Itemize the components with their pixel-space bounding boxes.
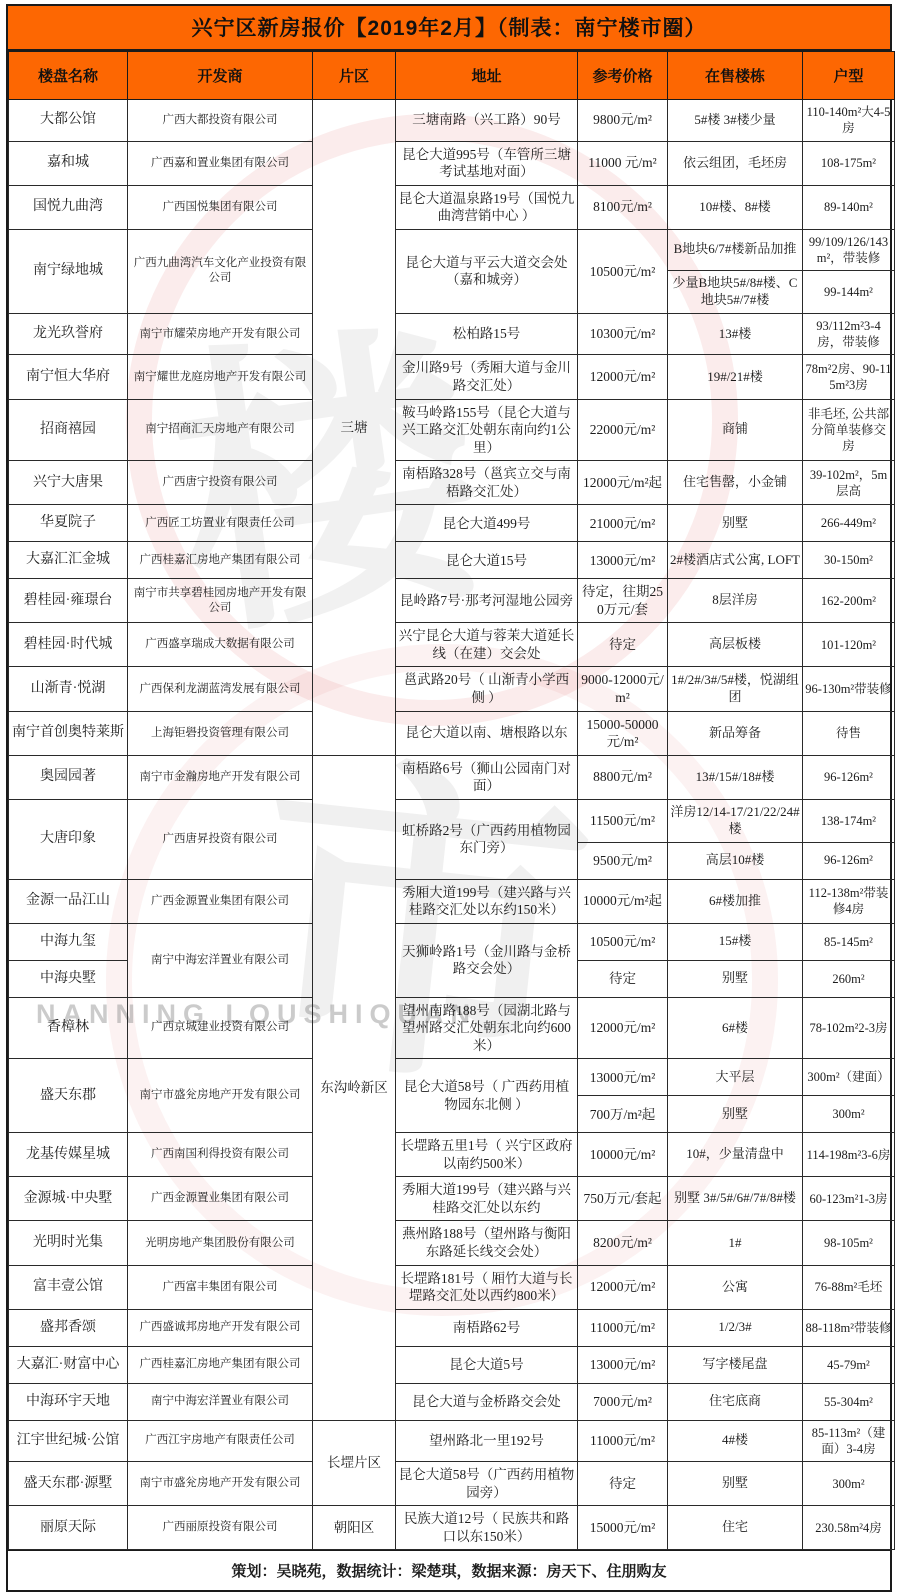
cell-price: 12000元/m² bbox=[578, 997, 668, 1059]
cell-price: 12000元/m²起 bbox=[578, 461, 668, 505]
cell-developer: 南宁市共享碧桂园房地产开发有限公司 bbox=[128, 579, 313, 623]
cell-price: 700万/m²起 bbox=[578, 1096, 668, 1133]
cell-buildings: 6#楼加推 bbox=[668, 879, 803, 923]
cell-address: 昆仑大道温泉路19号（国悦九曲湾营销中心 ） bbox=[396, 185, 578, 229]
cell-price: 13000元/m² bbox=[578, 1346, 668, 1383]
cell-name: 龙光玖誉府 bbox=[9, 313, 128, 355]
cell-price: 9000-12000元/m² bbox=[578, 667, 668, 711]
column-header-unit: 户型 bbox=[803, 52, 895, 100]
cell-buildings: 依云组团，毛坯房 bbox=[668, 141, 803, 185]
cell-price: 750万元/套起 bbox=[578, 1177, 668, 1221]
cell-name: 光明时光集 bbox=[9, 1221, 128, 1265]
cell-name: 龙基传媒星城 bbox=[9, 1133, 128, 1177]
cell-price: 10500元/m² bbox=[578, 923, 668, 960]
cell-developer: 广西唐宁投资有限公司 bbox=[128, 461, 313, 505]
cell-address: 南梧路6号（狮山公园南门对面） bbox=[396, 755, 578, 799]
cell-address: 燕州路188号（望州路与衡阳东路延长线交会处） bbox=[396, 1221, 578, 1265]
table-row: 中海环宇天地南宁中海宏洋置业有限公司昆仑大道与金桥路交会处7000元/m²住宅底… bbox=[9, 1383, 895, 1420]
cell-unit: 162-200m² bbox=[803, 579, 895, 623]
cell-price: 9500元/m² bbox=[578, 842, 668, 879]
cell-unit: 101-120m² bbox=[803, 623, 895, 667]
table-row: 碧桂园·时代城广西盛享瑞成大数据有限公司兴宁昆仑大道与蓉茉大道延长线（在建）交会… bbox=[9, 623, 895, 667]
cell-address: 望州南路188号（园湖北路与望州路交汇处朝东北向约600米） bbox=[396, 997, 578, 1059]
cell-buildings: 4#楼 bbox=[668, 1420, 803, 1462]
cell-developer: 广西江宇房地产有限责任公司 bbox=[128, 1420, 313, 1462]
cell-address: 昆仑大道499号 bbox=[396, 505, 578, 542]
cell-unit: 85-145m² bbox=[803, 923, 895, 960]
table-row: 盛天东郡·源墅南宁市盛兊房地产开发有限公司昆仑大道58号（广西药用植物园旁）待定… bbox=[9, 1462, 895, 1506]
cell-price: 13000元/m² bbox=[578, 1059, 668, 1096]
table-row: 丽原天际广西丽原投资有限公司朝阳区民族大道12号（ 民族共和路口以东150米）1… bbox=[9, 1506, 895, 1550]
cell-price: 11500元/m² bbox=[578, 799, 668, 842]
cell-name: 中海九玺 bbox=[9, 923, 128, 960]
cell-developer: 广西京城建业投资有限公司 bbox=[128, 997, 313, 1059]
cell-address: 鞍马岭路155号（昆仑大道与兴工路交汇处朝东南向约1公里） bbox=[396, 399, 578, 461]
cell-address: 昆仑大道995号（车管所三塘考试基地对面） bbox=[396, 141, 578, 185]
cell-price: 12000元/m² bbox=[578, 1265, 668, 1309]
table-row: 中海九玺南宁中海宏洋置业有限公司天狮岭路1号（金川路与金桥路交会处）10500元… bbox=[9, 923, 895, 960]
cell-price: 12000元/m² bbox=[578, 355, 668, 399]
cell-buildings: 8层洋房 bbox=[668, 579, 803, 623]
cell-price: 10500元/m² bbox=[578, 229, 668, 313]
cell-address: 南梧路328号（邕宾立交与南梧路交汇处） bbox=[396, 461, 578, 505]
cell-zone: 东沟岭新区 bbox=[313, 755, 396, 1420]
cell-developer: 广西匠工坊置业有限责任公司 bbox=[128, 505, 313, 542]
credits-footer: 策划：吴晓苑，数据统计：梁楚琪，数据来源：房天下、住朋购友 bbox=[8, 1550, 890, 1590]
cell-unit: 96-126m² bbox=[803, 842, 895, 879]
column-header-price: 参考价格 bbox=[578, 52, 668, 100]
cell-buildings: 少量B地块5#/8#楼、C地块5#/7#楼 bbox=[668, 271, 803, 314]
column-header-zone: 片区 bbox=[313, 52, 396, 100]
cell-unit: 89-140m² bbox=[803, 185, 895, 229]
cell-price: 13000元/m² bbox=[578, 542, 668, 579]
cell-address: 金川路9号（秀厢大道与金川路交汇处） bbox=[396, 355, 578, 399]
cell-name: 江宇世纪城·公馆 bbox=[9, 1420, 128, 1462]
cell-buildings: B地块6/7#楼新品加推 bbox=[668, 229, 803, 271]
cell-unit: 112-138m²带装修4房 bbox=[803, 879, 895, 923]
cell-unit: 85-113m²（建面）3-4房 bbox=[803, 1420, 895, 1462]
cell-buildings: 13#/15#/18#楼 bbox=[668, 755, 803, 799]
cell-developer: 广西丽原投资有限公司 bbox=[128, 1506, 313, 1550]
cell-name: 大都公馆 bbox=[9, 100, 128, 142]
cell-buildings: 写字楼尾盘 bbox=[668, 1346, 803, 1383]
cell-unit: 99-144m² bbox=[803, 271, 895, 314]
cell-unit: 76-88m²毛坯 bbox=[803, 1265, 895, 1309]
cell-address: 昆仑大道以南、塘根路以东 bbox=[396, 711, 578, 755]
cell-address: 秀厢大道199号（建兴路与兴桂路交汇处以东约 bbox=[396, 1177, 578, 1221]
cell-price: 待定 bbox=[578, 1462, 668, 1506]
cell-buildings: 新品筹备 bbox=[668, 711, 803, 755]
cell-buildings: 5#楼 3#楼少量 bbox=[668, 100, 803, 142]
cell-developer: 广西金源置业集团有限公司 bbox=[128, 879, 313, 923]
cell-unit: 300m² bbox=[803, 1462, 895, 1506]
cell-address: 昆仑大道与金桥路交会处 bbox=[396, 1383, 578, 1420]
cell-address: 天狮岭路1号（金川路与金桥路交会处） bbox=[396, 923, 578, 997]
cell-unit: 98-105m² bbox=[803, 1221, 895, 1265]
table-row: 江宇世纪城·公馆广西江宇房地产有限责任公司长堽片区望州路北一里192号11000… bbox=[9, 1420, 895, 1462]
page: 楼 市 NANNING LOUSHIQUAN 兴宁区新房报价【2019年2月】（… bbox=[6, 4, 892, 1592]
cell-developer: 广西嘉和置业集团有限公司 bbox=[128, 141, 313, 185]
cell-price: 11000元/m² bbox=[578, 1420, 668, 1462]
cell-developer: 南宁耀世龙庭房地产开发有限公司 bbox=[128, 355, 313, 399]
cell-unit: 78-102m²2-3房 bbox=[803, 997, 895, 1059]
cell-price: 11000元/m² bbox=[578, 1309, 668, 1346]
cell-name: 碧桂园·时代城 bbox=[9, 623, 128, 667]
cell-developer: 南宁招商汇天房地产有限公司 bbox=[128, 399, 313, 461]
cell-unit: 93/112m²3-4房，带装修 bbox=[803, 313, 895, 355]
cell-price: 10300元/m² bbox=[578, 313, 668, 355]
cell-zone: 朝阳区 bbox=[313, 1506, 396, 1550]
cell-buildings: 1#/2#/3#/5#楼，悦湖组团 bbox=[668, 667, 803, 711]
cell-name: 大唐印象 bbox=[9, 799, 128, 879]
cell-price: 15000-50000元/m² bbox=[578, 711, 668, 755]
cell-name: 嘉和城 bbox=[9, 141, 128, 185]
cell-unit: 39-102m²，5m层高 bbox=[803, 461, 895, 505]
cell-unit: 108-175m² bbox=[803, 141, 895, 185]
cell-unit: 非毛坯, 公共部分简单装修交房 bbox=[803, 399, 895, 461]
cell-buildings: 6#楼 bbox=[668, 997, 803, 1059]
cell-address: 长堽路181号（ 厢竹大道与长堽路交汇处以西约800米） bbox=[396, 1265, 578, 1309]
cell-name: 盛天东郡 bbox=[9, 1059, 128, 1133]
cell-unit: 138-174m² bbox=[803, 799, 895, 842]
cell-developer: 广西盛享瑞成大数据有限公司 bbox=[128, 623, 313, 667]
cell-address: 昆仑大道58号（ 广西药用植物园东北侧 ） bbox=[396, 1059, 578, 1133]
cell-developer: 广西富丰集团有限公司 bbox=[128, 1265, 313, 1309]
cell-buildings: 10#楼、8#楼 bbox=[668, 185, 803, 229]
cell-developer: 光明房地产集团股份有限公司 bbox=[128, 1221, 313, 1265]
cell-name: 华夏院子 bbox=[9, 505, 128, 542]
column-header-name: 楼盘名称 bbox=[9, 52, 128, 100]
cell-name: 国悦九曲湾 bbox=[9, 185, 128, 229]
table-row: 大嘉汇·财富中心广西桂嘉汇房地产集团有限公司昆仑大道5号13000元/m²写字楼… bbox=[9, 1346, 895, 1383]
cell-buildings: 高层10#楼 bbox=[668, 842, 803, 879]
cell-unit: 45-79m² bbox=[803, 1346, 895, 1383]
cell-buildings: 住宅 bbox=[668, 1506, 803, 1550]
cell-name: 金源一品江山 bbox=[9, 879, 128, 923]
price-table: 楼盘名称开发商片区地址参考价格在售楼栋户型 大都公馆广西大都投资有限公司三塘三塘… bbox=[8, 51, 895, 1550]
page-title: 兴宁区新房报价【2019年2月】（制表：南宁楼市圈） bbox=[8, 6, 890, 51]
cell-buildings: 洋房12/14-17/21/22/24#楼 bbox=[668, 799, 803, 842]
cell-price: 8200元/m² bbox=[578, 1221, 668, 1265]
cell-unit: 266-449m² bbox=[803, 505, 895, 542]
table-row: 富丰壹公馆广西富丰集团有限公司长堽路181号（ 厢竹大道与长堽路交汇处以西约80… bbox=[9, 1265, 895, 1309]
cell-buildings: 住宅售罄，小金铺 bbox=[668, 461, 803, 505]
cell-unit: 300m² bbox=[803, 1096, 895, 1133]
cell-address: 兴宁昆仑大道与蓉茉大道延长线（在建）交会处 bbox=[396, 623, 578, 667]
table-row: 光明时光集光明房地产集团股份有限公司燕州路188号（望州路与衡阳东路延长线交会处… bbox=[9, 1221, 895, 1265]
cell-developer: 南宁中海宏洋置业有限公司 bbox=[128, 923, 313, 997]
cell-buildings: 别墅 bbox=[668, 1462, 803, 1506]
cell-address: 民族大道12号（ 民族共和路口以东150米） bbox=[396, 1506, 578, 1550]
cell-address: 长堽路五里1号（ 兴宁区政府以南约500米） bbox=[396, 1133, 578, 1177]
cell-buildings: 19#/21#楼 bbox=[668, 355, 803, 399]
cell-address: 秀厢大道199号（建兴路与兴桂路交汇处以东约150米） bbox=[396, 879, 578, 923]
column-header-buildings: 在售楼栋 bbox=[668, 52, 803, 100]
table-row: 碧桂园·雍璟台南宁市共享碧桂园房地产开发有限公司昆岭路7号·那考河湿地公园旁待定… bbox=[9, 579, 895, 623]
table-row: 国悦九曲湾广西国悦集团有限公司昆仑大道温泉路19号（国悦九曲湾营销中心 ）810… bbox=[9, 185, 895, 229]
cell-buildings: 1# bbox=[668, 1221, 803, 1265]
cell-name: 大嘉汇·财富中心 bbox=[9, 1346, 128, 1383]
table-header-row: 楼盘名称开发商片区地址参考价格在售楼栋户型 bbox=[9, 52, 895, 100]
cell-name: 南宁绿地城 bbox=[9, 229, 128, 313]
column-header-developer: 开发商 bbox=[128, 52, 313, 100]
cell-unit: 30-150m² bbox=[803, 542, 895, 579]
cell-price: 8100元/m² bbox=[578, 185, 668, 229]
cell-buildings: 1/2/3# bbox=[668, 1309, 803, 1346]
cell-address: 邕武路20号（ 山渐青小学西侧 ） bbox=[396, 667, 578, 711]
cell-developer: 广西保利龙湖蓝湾发展有限公司 bbox=[128, 667, 313, 711]
cell-unit: 96-130m²带装修 bbox=[803, 667, 895, 711]
cell-unit: 96-126m² bbox=[803, 755, 895, 799]
cell-address: 虹桥路2号（广西药用植物园东门旁） bbox=[396, 799, 578, 879]
cell-developer: 广西南国利得投资有限公司 bbox=[128, 1133, 313, 1177]
table-row: 兴宁大唐果广西唐宁投资有限公司南梧路328号（邕宾立交与南梧路交汇处）12000… bbox=[9, 461, 895, 505]
cell-name: 丽原天际 bbox=[9, 1506, 128, 1550]
cell-buildings: 13#楼 bbox=[668, 313, 803, 355]
cell-address: 昆仑大道与平云大道交会处（嘉和城旁） bbox=[396, 229, 578, 313]
cell-price: 待定 bbox=[578, 960, 668, 997]
table-row: 龙基传媒星城广西南国利得投资有限公司长堽路五里1号（ 兴宁区政府以南约500米）… bbox=[9, 1133, 895, 1177]
cell-name: 大嘉汇汇金城 bbox=[9, 542, 128, 579]
cell-address: 昆仑大道5号 bbox=[396, 1346, 578, 1383]
cell-buildings: 大平层 bbox=[668, 1059, 803, 1096]
table-row: 香樟林广西京城建业投资有限公司望州南路188号（园湖北路与望州路交汇处朝东北向约… bbox=[9, 997, 895, 1059]
column-header-address: 地址 bbox=[396, 52, 578, 100]
cell-price: 待定，往期250万元/套 bbox=[578, 579, 668, 623]
cell-name: 奥园园著 bbox=[9, 755, 128, 799]
cell-name: 兴宁大唐果 bbox=[9, 461, 128, 505]
cell-developer: 南宁中海宏洋置业有限公司 bbox=[128, 1383, 313, 1420]
cell-buildings: 商铺 bbox=[668, 399, 803, 461]
cell-developer: 广西大都投资有限公司 bbox=[128, 100, 313, 142]
cell-unit: 110-140m²大4-5房 bbox=[803, 100, 895, 142]
cell-price: 11000 元/m² bbox=[578, 141, 668, 185]
cell-address: 松柏路15号 bbox=[396, 313, 578, 355]
cell-address: 昆岭路7号·那考河湿地公园旁 bbox=[396, 579, 578, 623]
cell-name: 富丰壹公馆 bbox=[9, 1265, 128, 1309]
table-row: 南宁恒大华府南宁耀世龙庭房地产开发有限公司金川路9号（秀厢大道与金川路交汇处）1… bbox=[9, 355, 895, 399]
cell-name: 中海央墅 bbox=[9, 960, 128, 997]
table-row: 大唐印象广西唐昇投资有限公司虹桥路2号（广西药用植物园东门旁）11500元/m²… bbox=[9, 799, 895, 842]
cell-name: 碧桂园·雍璟台 bbox=[9, 579, 128, 623]
cell-unit: 待售 bbox=[803, 711, 895, 755]
cell-price: 10000元/m²起 bbox=[578, 879, 668, 923]
cell-buildings: 公寓 bbox=[668, 1265, 803, 1309]
cell-buildings: 住宅底商 bbox=[668, 1383, 803, 1420]
cell-developer: 广西桂嘉汇房地产集团有限公司 bbox=[128, 1346, 313, 1383]
cell-buildings: 15#楼 bbox=[668, 923, 803, 960]
table-row: 奥园园著南宁市金瀚房地产开发有限公司东沟岭新区南梧路6号（狮山公园南门对面）88… bbox=[9, 755, 895, 799]
cell-buildings: 别墅 bbox=[668, 960, 803, 997]
table-row: 金源城·中央墅广西金源置业集团有限公司秀厢大道199号（建兴路与兴桂路交汇处以东… bbox=[9, 1177, 895, 1221]
table-row: 大都公馆广西大都投资有限公司三塘三塘南路（兴工路）90号9800元/m²5#楼 … bbox=[9, 100, 895, 142]
cell-name: 盛邦香颂 bbox=[9, 1309, 128, 1346]
cell-name: 金源城·中央墅 bbox=[9, 1177, 128, 1221]
cell-developer: 广西唐昇投资有限公司 bbox=[128, 799, 313, 879]
cell-buildings: 别墅 3#/5#/6#/7#/8#楼 bbox=[668, 1177, 803, 1221]
table-body: 大都公馆广西大都投资有限公司三塘三塘南路（兴工路）90号9800元/m²5#楼 … bbox=[9, 100, 895, 1550]
cell-developer: 广西盛诚邦房地产开发有限公司 bbox=[128, 1309, 313, 1346]
table-row: 大嘉汇汇金城广西桂嘉汇房地产集团有限公司昆仑大道15号13000元/m²2#楼酒… bbox=[9, 542, 895, 579]
cell-unit: 114-198m²3-6房 bbox=[803, 1133, 895, 1177]
cell-zone: 长堽片区 bbox=[313, 1420, 396, 1506]
cell-name: 招商禧园 bbox=[9, 399, 128, 461]
cell-address: 昆仑大道58号（广西药用植物园旁） bbox=[396, 1462, 578, 1506]
price-sheet: 兴宁区新房报价【2019年2月】（制表：南宁楼市圈） 楼盘名称开发商片区地址参考… bbox=[6, 4, 892, 1592]
table-row: 嘉和城广西嘉和置业集团有限公司昆仑大道995号（车管所三塘考试基地对面）1100… bbox=[9, 141, 895, 185]
cell-developer: 广西金源置业集团有限公司 bbox=[128, 1177, 313, 1221]
cell-price: 10000元/m² bbox=[578, 1133, 668, 1177]
cell-developer: 南宁市金瀚房地产开发有限公司 bbox=[128, 755, 313, 799]
table-row: 南宁首创奥特莱斯上海钜礐投资管理有限公司昆仑大道以南、塘根路以东15000-50… bbox=[9, 711, 895, 755]
table-row: 山渐青·悦湖广西保利龙湖蓝湾发展有限公司邕武路20号（ 山渐青小学西侧 ）900… bbox=[9, 667, 895, 711]
cell-developer: 广西国悦集团有限公司 bbox=[128, 185, 313, 229]
cell-price: 8800元/m² bbox=[578, 755, 668, 799]
cell-unit: 99/109/126/143m²，带装修 bbox=[803, 229, 895, 271]
table-row: 招商禧园南宁招商汇天房地产有限公司鞍马岭路155号（昆仑大道与兴工路交汇处朝东南… bbox=[9, 399, 895, 461]
table-row: 金源一品江山广西金源置业集团有限公司秀厢大道199号（建兴路与兴桂路交汇处以东约… bbox=[9, 879, 895, 923]
cell-name: 南宁首创奥特莱斯 bbox=[9, 711, 128, 755]
cell-unit: 60-123m²1-3房 bbox=[803, 1177, 895, 1221]
cell-name: 香樟林 bbox=[9, 997, 128, 1059]
cell-unit: 230.58m²4房 bbox=[803, 1506, 895, 1550]
cell-price: 22000元/m² bbox=[578, 399, 668, 461]
table-row: 盛天东郡南宁市盛兊房地产开发有限公司昆仑大道58号（ 广西药用植物园东北侧 ）1… bbox=[9, 1059, 895, 1096]
cell-developer: 南宁市盛兊房地产开发有限公司 bbox=[128, 1462, 313, 1506]
cell-unit: 300m²（建面） bbox=[803, 1059, 895, 1096]
cell-price: 待定 bbox=[578, 623, 668, 667]
cell-address: 南梧路62号 bbox=[396, 1309, 578, 1346]
cell-buildings: 2#楼酒店式公寓, LOFT bbox=[668, 542, 803, 579]
cell-developer: 南宁市耀荣房地产开发有限公司 bbox=[128, 313, 313, 355]
cell-unit: 260m² bbox=[803, 960, 895, 997]
cell-price: 7000元/m² bbox=[578, 1383, 668, 1420]
cell-buildings: 别墅 bbox=[668, 1096, 803, 1133]
cell-price: 15000元/m² bbox=[578, 1506, 668, 1550]
cell-name: 南宁恒大华府 bbox=[9, 355, 128, 399]
cell-name: 中海环宇天地 bbox=[9, 1383, 128, 1420]
cell-developer: 南宁市盛兊房地产开发有限公司 bbox=[128, 1059, 313, 1133]
table-row: 龙光玖誉府南宁市耀荣房地产开发有限公司松柏路15号10300元/m²13#楼93… bbox=[9, 313, 895, 355]
cell-zone: 三塘 bbox=[313, 100, 396, 756]
cell-unit: 78m²2房、90-115m²3房 bbox=[803, 355, 895, 399]
cell-name: 盛天东郡·源墅 bbox=[9, 1462, 128, 1506]
cell-address: 望州路北一里192号 bbox=[396, 1420, 578, 1462]
cell-price: 21000元/m² bbox=[578, 505, 668, 542]
cell-buildings: 高层板楼 bbox=[668, 623, 803, 667]
cell-developer: 广西桂嘉汇房地产集团有限公司 bbox=[128, 542, 313, 579]
cell-address: 昆仑大道15号 bbox=[396, 542, 578, 579]
cell-buildings: 别墅 bbox=[668, 505, 803, 542]
cell-developer: 广西九曲湾汽车文化产业投资有限公司 bbox=[128, 229, 313, 313]
cell-address: 三塘南路（兴工路）90号 bbox=[396, 100, 578, 142]
table-row: 南宁绿地城广西九曲湾汽车文化产业投资有限公司昆仑大道与平云大道交会处（嘉和城旁）… bbox=[9, 229, 895, 271]
cell-unit: 88-118m²带装修 bbox=[803, 1309, 895, 1346]
cell-buildings: 10#，少量清盘中 bbox=[668, 1133, 803, 1177]
cell-developer: 上海钜礐投资管理有限公司 bbox=[128, 711, 313, 755]
cell-name: 山渐青·悦湖 bbox=[9, 667, 128, 711]
cell-price: 9800元/m² bbox=[578, 100, 668, 142]
table-row: 华夏院子广西匠工坊置业有限责任公司昆仑大道499号21000元/m²别墅266-… bbox=[9, 505, 895, 542]
cell-unit: 55-304m² bbox=[803, 1383, 895, 1420]
table-row: 盛邦香颂广西盛诚邦房地产开发有限公司南梧路62号11000元/m²1/2/3#8… bbox=[9, 1309, 895, 1346]
